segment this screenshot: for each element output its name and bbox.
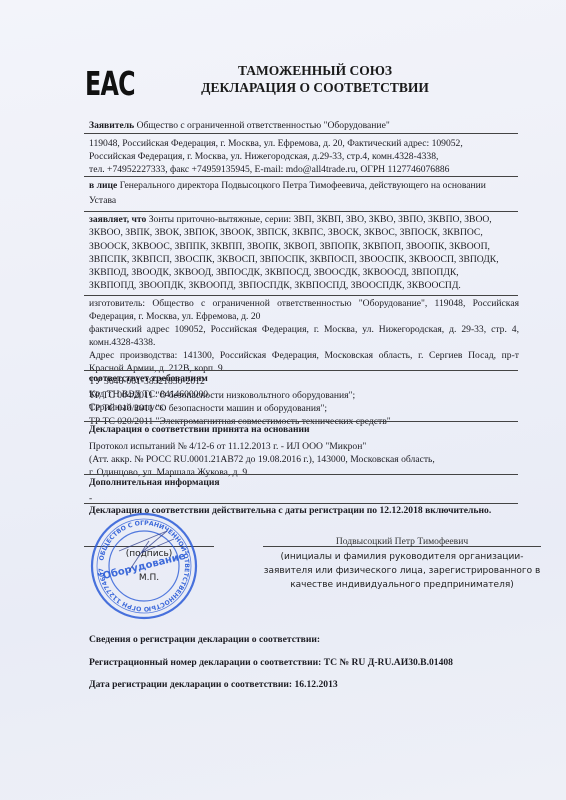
caption-line: качестве индивидуального предпринимателя…: [263, 578, 541, 592]
regulation-item: ТР ТС 010/2011 "О безопасности машин и о…: [89, 402, 519, 415]
signer-name-caption: (инициалы и фамилия руководителя организ…: [263, 550, 541, 592]
manufacturer-actual-address: фактический адрес 109052, Российская Фед…: [89, 323, 519, 349]
divider: [84, 211, 518, 212]
registration-heading: Сведения о регистрации декларации о соот…: [89, 633, 549, 646]
address-line: 119048, Российская Федерация, г. Москва,…: [89, 137, 519, 150]
divider: [84, 133, 518, 134]
representative: в лице Генерального директора Подвысоцко…: [89, 178, 519, 208]
represented-label: в лице: [89, 180, 117, 191]
registration-date-value: 16.12.2013: [295, 679, 338, 690]
declares-section: заявляет, что Зонты приточно-вытяжные, с…: [89, 213, 519, 293]
basis-heading: Декларация о соответствии принята на осн…: [89, 423, 519, 436]
header-title-union: ТАМОЖЕННЫЙ СОЮЗ: [180, 62, 450, 79]
registration-number: Регистрационный номер декларации о соотв…: [89, 656, 549, 669]
additional-heading: Дополнительная информация: [89, 476, 519, 489]
registration-date: Дата регистрации декларации о соответств…: [89, 678, 549, 691]
divider: [84, 474, 518, 475]
applicant-label: Заявитель: [89, 120, 134, 131]
divider: [84, 370, 518, 371]
represented-basis: Устава: [89, 193, 519, 208]
product-line: ЗВООСК, ЗКВООС, ЗВППК, ЗКВПП, ЗВОПК, ЗКВ…: [89, 240, 519, 253]
manufacturer-address: изготовитель: Общество с ограниченной от…: [89, 297, 519, 323]
company-seal-icon: ОБЩЕСТВО С ОГРАНИЧЕННОЙ ОТВЕТСТВЕННОСТЬЮ…: [89, 511, 199, 621]
address-line: Российская Федерация, г. Москва, ул. Ниж…: [89, 150, 519, 163]
product-line: ЗВПСПК, ЗКВПСП, ЗВОСПК, ЗКВОСП, ЗВПОСПК,…: [89, 253, 519, 266]
eac-logo: ЕАС: [85, 64, 135, 103]
caption-line: заявителя или физического лица, зарегист…: [263, 564, 541, 578]
registration-heading-text: Сведения о регистрации декларации о соот…: [89, 634, 320, 645]
applicant-name: Общество с ограниченной ответственностью…: [137, 120, 390, 131]
lab-accreditation: (Атт. аккр. № РОСС RU.0001.21АВ72 до 19.…: [89, 453, 519, 466]
declaration-page: ЕАС ТАМОЖЕННЫЙ СОЮЗ ДЕКЛАРАЦИЯ О СООТВЕТ…: [0, 0, 566, 800]
divider: [84, 295, 518, 296]
product-line: ЗКВПОД, ЗВООДК, ЗКВООД, ЗВПОСДК, ЗКВПОСД…: [89, 266, 519, 279]
registration-number-value: ТС № RU Д-RU.АИ30.В.01408: [324, 657, 453, 668]
contact-line: тел. +74952227333, факс +74959135945, E-…: [89, 163, 519, 176]
additional-label: Дополнительная информация: [89, 477, 220, 488]
product-line: ЗКВОО, ЗВПК, ЗВОК, ЗВПОК, ЗВООК, ЗВПСК, …: [89, 226, 519, 239]
declares-label: заявляет, что: [89, 214, 146, 225]
product-line: Зонты приточно-вытяжные, серии: ЗВП, ЗКВ…: [149, 214, 492, 225]
document-header: ТАМОЖЕННЫЙ СОЮЗ ДЕКЛАРАЦИЯ О СООТВЕТСТВИ…: [180, 62, 450, 96]
test-protocol: Протокол испытаний № 4/12-6 от 11.12.201…: [89, 440, 519, 453]
applicant-row: Заявитель Общество с ограниченной ответс…: [89, 119, 519, 132]
product-line: ЗКВПОПД, ЗВООПДК, ЗКВООПД, ЗВПОСПДК, ЗКВ…: [89, 279, 519, 292]
signer-name-line: [263, 546, 541, 547]
represented-text: Генерального директора Подвысоцкого Петр…: [120, 180, 486, 191]
divider: [84, 176, 518, 177]
registration-number-label: Регистрационный номер декларации о соотв…: [89, 657, 321, 668]
caption-line: (инициалы и фамилия руководителя организ…: [263, 550, 541, 564]
header-title-declaration: ДЕКЛАРАЦИЯ О СООТВЕТСТВИИ: [180, 79, 450, 96]
applicant-address: 119048, Российская Федерация, г. Москва,…: [89, 137, 519, 176]
basis-label: Декларация о соответствии принята на осн…: [89, 424, 310, 435]
regulation-item: ТР ТС 004/2011 "О безопасности низковоль…: [89, 389, 519, 402]
requirements-heading: соответствует требованиям: [89, 372, 519, 385]
divider: [84, 421, 518, 422]
requirements-label: соответствует требованиям: [89, 373, 208, 384]
registration-date-label: Дата регистрации декларации о соответств…: [89, 679, 292, 690]
